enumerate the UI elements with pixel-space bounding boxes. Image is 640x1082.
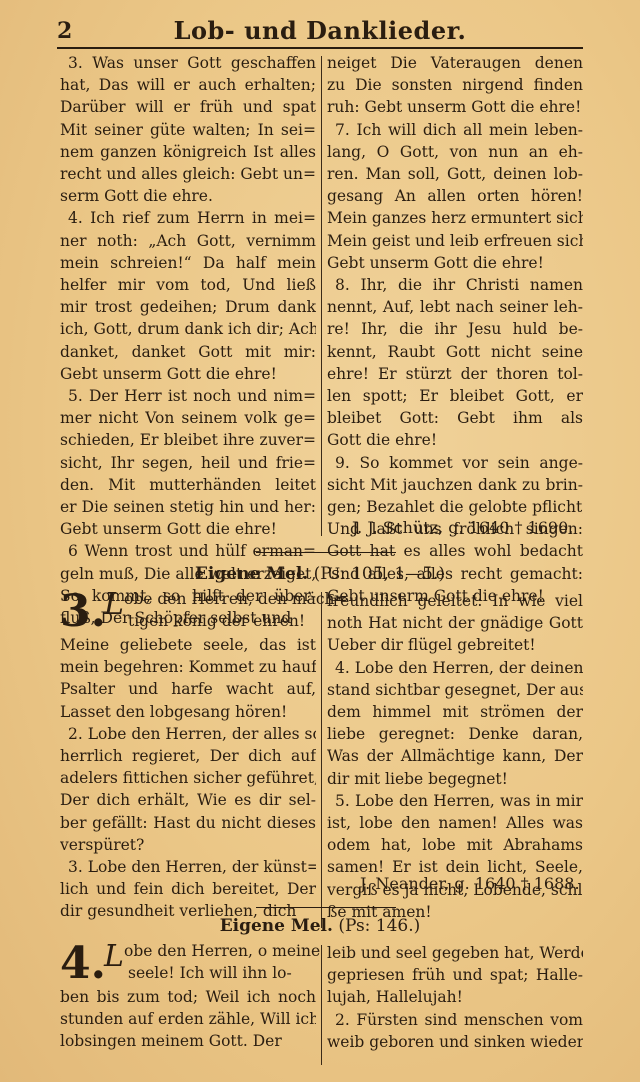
verse-line: 4. Ich rief zum Herrn in mei=	[60, 207, 316, 229]
verse-line: Was der Allmächtige kann, Der	[327, 745, 583, 767]
verse-line: mer nicht Von seinem volk ge=	[60, 407, 316, 429]
verse-line: herrlich regieret, Der dich auf	[60, 745, 316, 767]
verse-line: odem hat, lobe mit Abrahams	[327, 834, 583, 856]
verse-line: leib und seel gegeben hat, Werde	[327, 942, 583, 964]
hymn-4-left-column: ben bis zum tod; Weil ich nochstunden au…	[60, 986, 316, 1053]
verse-line: gepriesen früh und spat; Halle-	[327, 964, 583, 986]
page-header: 2 Lob- und Danklieder.	[55, 14, 585, 46]
verse-line: Mit seiner güte walten; In sei=	[60, 119, 316, 141]
hymnal-page: 2 Lob- und Danklieder. 3. Was unser Gott…	[0, 0, 640, 1082]
verse-line: stunden auf erden zähle, Will ich	[60, 1008, 316, 1030]
verse-line: den. Mit mutterhänden leitet	[60, 474, 316, 496]
hymn-4-right-column: leib und seel gegeben hat, Werdegepriese…	[327, 942, 583, 1053]
verse-line: sicht, Ihr segen, heil und frie=	[60, 452, 316, 474]
verse-line: Mein ganzes herz ermuntert sich,	[327, 207, 583, 229]
verse-line: ehre! Er stürzt der thoren tol-	[327, 363, 583, 385]
verse-line: er Die seinen stetig hin und her:	[60, 496, 316, 518]
verse-line: zu Die sonsten nirgend finden	[327, 74, 583, 96]
verse-line: Gebt unserm Gott die ehre!	[60, 518, 316, 540]
verse-line: danket, danket Gott mit mir:	[60, 341, 316, 363]
melody-label: Eigene Mel.	[220, 916, 333, 936]
hymn-4-heading: Eigene Mel. (Ps: 146.)	[0, 916, 640, 936]
psalm-reference: (Ps: 146.)	[338, 916, 420, 936]
author-attribution: J. Neander, g. 1640 † 1688.	[360, 874, 580, 893]
verse-line: Gebt unserm Gott die ehre!	[60, 363, 316, 385]
hymn-first-line: obe den Herren, o meine	[124, 942, 316, 960]
verse-line: dir mit liebe begegnet!	[327, 768, 583, 790]
hymn-3-left-column: Meine geliebete seele, das istmein begeh…	[60, 634, 316, 923]
hymn-second-line: seele! Ich will ihn lo-	[128, 964, 316, 982]
verse-line: freundlich geleitet: In wie viel	[327, 590, 583, 612]
author-attribution: J. J. Schütz, g. 1640 † 1690.	[352, 518, 573, 537]
verse-line: serm Gott die ehre.	[60, 185, 316, 207]
verse-line: 7. Ich will dich all mein leben-	[327, 119, 583, 141]
verse-line: ren. Man soll, Gott, deinen lob-	[327, 163, 583, 185]
verse-line: weib geboren und sinken wieder	[327, 1031, 583, 1053]
hymn-number: 4.	[60, 942, 106, 986]
verse-line: Lasset den lobgesang hören!	[60, 701, 316, 723]
verse-line: ben bis zum tod; Weil ich noch	[60, 986, 316, 1008]
verse-line: Ueber dir flügel gebreitet!	[327, 634, 583, 656]
verse-line: Der dich erhält, Wie es dir sel-	[60, 789, 316, 811]
verse-line: mein schreien!“ Da half mein	[60, 252, 316, 274]
verse-line: Gebt unserm Gott die ehre!	[327, 252, 583, 274]
header-rule	[57, 47, 583, 49]
melody-label: Eigene Mel.	[195, 564, 308, 584]
verse-line: ber gefällt: Hast du nicht dieses	[60, 812, 316, 834]
verse-line: 2. Lobe den Herren, der alles so	[60, 723, 316, 745]
hymn-3-heading: Eigene Mel. (Ps: 105, 1—5.)	[0, 564, 640, 584]
verse-line: 3. Lobe den Herren, der künst=	[60, 856, 316, 878]
verse-line: bleibet Gott: Gebt ihm als	[327, 407, 583, 429]
verse-line: Psalter und harfe wacht auf,	[60, 678, 316, 700]
verse-line: dem himmel mit strömen der	[327, 701, 583, 723]
section-rule	[256, 907, 396, 908]
verse-line: liebe geregnet: Denke daran,	[327, 723, 583, 745]
verse-line: nem ganzen königreich Ist alles	[60, 141, 316, 163]
verse-line: helfer mir vom tod, Und ließ	[60, 274, 316, 296]
verse-line: verspüret?	[60, 834, 316, 856]
verse-line: ist, lobe den namen! Alles was	[327, 812, 583, 834]
verse-line: neiget Die Vateraugen denen	[327, 52, 583, 74]
verse-line: stand sichtbar gesegnet, Der aus	[327, 679, 583, 701]
verse-line: kennt, Raubt Gott nicht seine	[327, 341, 583, 363]
verse-line: mir trost gedeihen; Drum dank	[60, 296, 316, 318]
hymn-first-line: obe den Herren, den mäch=	[124, 590, 316, 608]
psalm-reference: (Ps: 105, 1—5.)	[314, 564, 445, 584]
verse-line: sicht Mit jauchzen dank zu brin-	[327, 474, 583, 496]
verse-line: recht und alles gleich: Gebt un=	[60, 163, 316, 185]
column-divider	[321, 56, 322, 536]
verse-line: 8. Ihr, die ihr Christi namen	[327, 274, 583, 296]
column-divider	[321, 592, 322, 928]
verse-line: lich und fein dich bereitet, Der	[60, 878, 316, 900]
verse-line: Meine geliebete seele, das ist	[60, 634, 316, 656]
verse-line: 5. Lobe den Herren, was in mir	[327, 790, 583, 812]
verse-line: ruh: Gebt unserm Gott die ehre!	[327, 96, 583, 118]
verse-line: adelers fittichen sicher geführet,	[60, 767, 316, 789]
verse-line: len spott; Er bleibet Gott, er	[327, 385, 583, 407]
verse-line: 2. Fürsten sind menschen vom	[327, 1009, 583, 1031]
verse-line: 9. So kommet vor sein ange-	[327, 452, 583, 474]
verse-line: schieden, Er bleibet ihre zuver=	[60, 429, 316, 451]
verse-line: Mein geist und leib erfreuen sich:	[327, 230, 583, 252]
verse-line: noth Hat nicht der gnädige Gott	[327, 612, 583, 634]
verse-line: 3. Was unser Gott geschaffen	[60, 52, 316, 74]
verse-line: lang, O Gott, von nun an eh-	[327, 141, 583, 163]
running-title: Lob- und Danklieder.	[55, 16, 585, 45]
verse-line: mein begehren: Kommet zu hauf,	[60, 656, 316, 678]
verse-line: 5. Der Herr ist noch und nim=	[60, 385, 316, 407]
verse-line: lujah, Hallelujah!	[327, 986, 583, 1008]
drop-cap: L	[104, 942, 124, 972]
section-rule	[256, 552, 396, 553]
verse-line: gen; Bezahlet die gelobte pflicht,	[327, 496, 583, 518]
verse-line: re! Ihr, die ihr Jesu huld be-	[327, 318, 583, 340]
verse-line: lobsingen meinem Gott. Der	[60, 1030, 316, 1052]
verse-line: Gott die ehre!	[327, 429, 583, 451]
hymn-number: 3.	[60, 590, 106, 634]
verse-line: gesang An allen orten hören!	[327, 185, 583, 207]
drop-cap: L	[104, 590, 124, 620]
verse-line: Darüber will er früh und spat	[60, 96, 316, 118]
hymn-second-line: tigen könig der ehren!	[128, 612, 316, 630]
verse-line: ich, Gott, drum dank ich dir; Ach	[60, 318, 316, 340]
column-divider	[321, 945, 322, 1065]
verse-line: hat, Das will er auch erhalten;	[60, 74, 316, 96]
hymn-top-left-column: 3. Was unser Gott geschaffenhat, Das wil…	[60, 52, 316, 629]
verse-line: ner noth: „Ach Gott, vernimm	[60, 230, 316, 252]
verse-line: nennt, Auf, lebt nach seiner leh-	[327, 296, 583, 318]
verse-line: 4. Lobe den Herren, der deinen	[327, 657, 583, 679]
